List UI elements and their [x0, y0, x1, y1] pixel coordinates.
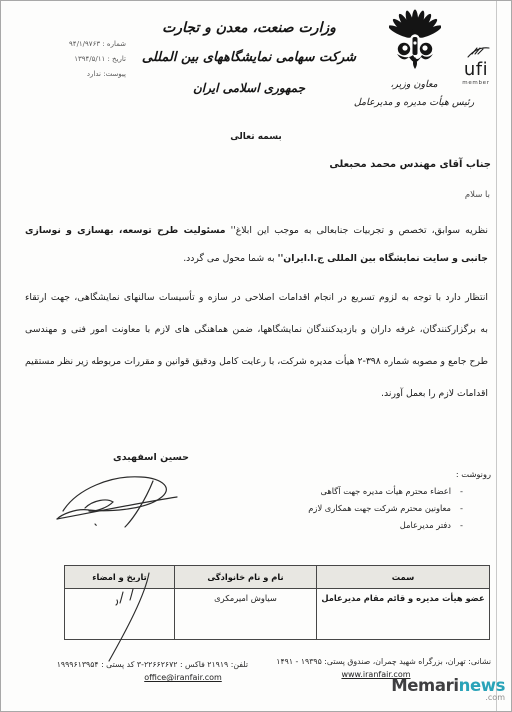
cc-item: -دفتر مدیرعامل — [231, 517, 491, 534]
recipient-line: جناب آقای مهندس محمد محبعلی — [329, 159, 491, 170]
org-company: شرکت سهامی نمایشگاههای بین المللی — [133, 43, 365, 73]
dash-bullet: - — [460, 520, 463, 530]
p2-line4: اقدامات لازم را بعمل آورند. — [25, 378, 488, 410]
basmala: بسمه تعالی — [1, 132, 511, 142]
scan-edge-line — [496, 1, 497, 711]
watermark-com: .com — [391, 694, 505, 702]
ufi-fan-icon — [465, 45, 491, 60]
p1-line2-normal: به شما محول می گردد. — [183, 253, 274, 264]
p1-line2-bold: جانبی و سایت نمایشگاه بین المللی ج.ا.ایر… — [278, 253, 488, 264]
ufi-wordmark: ufi — [451, 61, 501, 79]
cc-item: -معاونین محترم شرکت جهت همکاری لازم — [231, 500, 491, 517]
p2-line3: طرح جامع و مصوبه شماره ۳۹۸-۲ هیأت مدیره … — [25, 346, 488, 378]
dash-bullet: - — [460, 503, 463, 513]
org-country: جمهوری اسلامی ایران — [133, 73, 365, 103]
col-position: سمت — [317, 566, 490, 589]
email-link: office@iranfair.com — [118, 673, 248, 682]
handwritten-stroke — [93, 567, 173, 667]
p1-line2: جانبی و سایت نمایشگاه بین المللی ج.ا.ایر… — [25, 245, 488, 273]
phone-fax-line: تلفن: ۲۱۹۱۹ فاکس : ۲۲۶۶۲۶۷۲-۳ کد پستی : … — [23, 660, 248, 669]
exhibition-emblem-icon — [389, 9, 441, 75]
footer-contact: تلفن: ۲۱۹۱۹ فاکس : ۲۲۶۶۲۶۷۲-۳ کد پستی : … — [23, 660, 248, 682]
signer-name: حسین اسفهبدی — [99, 452, 203, 463]
salutation: با سلام — [465, 190, 490, 200]
ref-number: شماره : ۹۴/۱/۹۷۶۳ — [16, 37, 126, 52]
cc-block: رونوشت : -اعضاء محترم هیأت مدیره جهت آگا… — [231, 466, 491, 534]
cell-position: عضو هیأت مدیره و قائم مقام مدیرعامل — [317, 589, 490, 640]
p2-line2: به برگزارکنندگان، غرفه داران و بازدیدکنن… — [25, 314, 488, 346]
ref-date: تاریخ : ۱۳۹۴/۵/۱۱ — [16, 52, 126, 67]
cc-item-text: اعضاء محترم هیأت مدیره جهت آگاهی — [320, 486, 451, 496]
p1-line1: نظریه سوابق، تخصص و تجربیات جنابعالی به … — [25, 217, 488, 245]
ref-attachment: پیوست: ندارد — [16, 67, 126, 82]
cc-item-text: معاونین محترم شرکت جهت همکاری لازم — [308, 503, 451, 513]
cell-name: سیاوش امیرمکری — [175, 589, 317, 640]
ufi-member-label: member — [451, 80, 501, 86]
cc-item-text: دفتر مدیرعامل — [400, 520, 451, 530]
paragraph-assignment: نظریه سوابق، تخصص و تجربیات جنابعالی به … — [25, 217, 488, 273]
watermark-memari: Memari — [391, 676, 458, 695]
p2-line1: انتظار دارد با توجه به لزوم تسریع در انج… — [25, 282, 488, 314]
p1-line1-normal: نظریه سوابق، تخصص و تجربیات جنابعالی به … — [231, 225, 488, 236]
paragraph-expectation: انتظار دارد با توجه به لزوم تسریع در انج… — [25, 282, 488, 410]
org-header: وزارت صنعت، معدن و تجارت شرکت سهامی نمای… — [133, 13, 365, 103]
memarinews-watermark: Memarinews .com — [391, 677, 505, 702]
letter-page: شماره : ۹۴/۱/۹۷۶۳ تاریخ : ۱۳۹۴/۵/۱۱ پیوس… — [0, 0, 512, 712]
signature-scribble — [49, 467, 184, 529]
address-line: نشانی: تهران، بزرگراه شهید چمران، صندوق … — [243, 657, 491, 666]
reference-block: شماره : ۹۴/۱/۹۷۶۳ تاریخ : ۱۳۹۴/۵/۱۱ پیوس… — [16, 37, 126, 82]
ufi-logo: ufi member — [451, 45, 501, 86]
org-ministry: وزارت صنعت، معدن و تجارت — [133, 13, 365, 43]
authority-line2: رئیس هیأت مدیره و مدیرعامل — [343, 94, 485, 112]
dash-bullet: - — [460, 486, 463, 496]
col-name: نام و نام خانوادگی — [175, 566, 317, 589]
cc-item: -اعضاء محترم هیأت مدیره جهت آگاهی — [231, 483, 491, 500]
cc-title: رونوشت : — [231, 466, 491, 483]
